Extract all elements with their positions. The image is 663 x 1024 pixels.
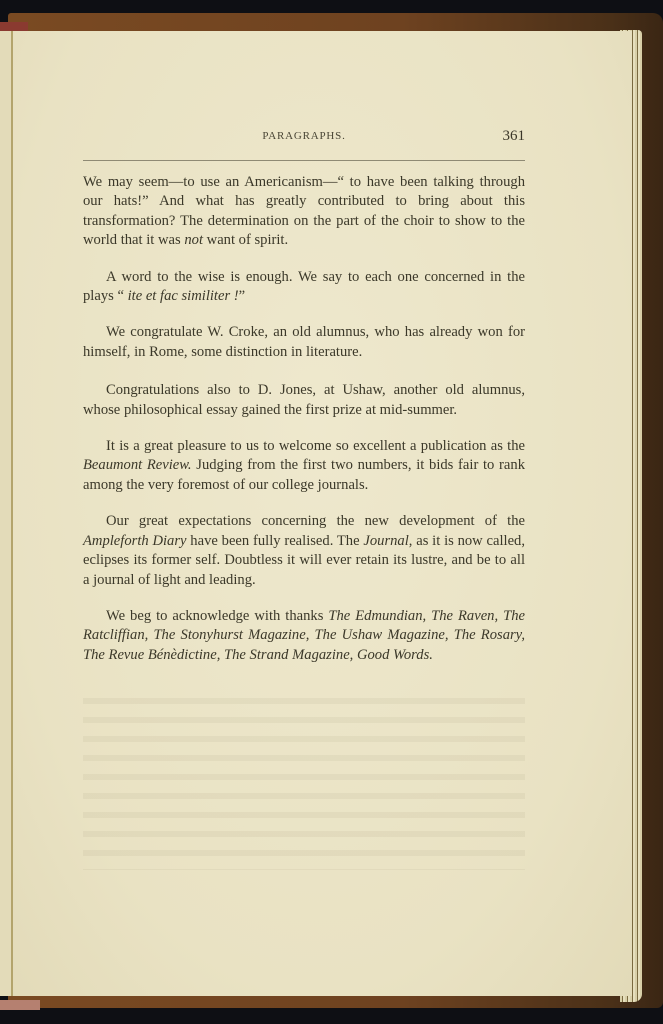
page-header: PARAGRAPHS. 361	[83, 130, 525, 150]
paragraph: A word to the wise is enough. We say to …	[83, 268, 525, 307]
header-rule	[83, 160, 525, 161]
running-head: PARAGRAPHS.	[83, 130, 525, 142]
reverse-page-show-through	[83, 690, 525, 870]
body-text: We may seem—to use an Americanism—“ to h…	[83, 173, 525, 681]
paragraph: We congratulate W. Croke, an old alumnus…	[83, 323, 525, 362]
paragraph: Our great expectations concerning the ne…	[83, 512, 525, 590]
paragraph: We may seem—to use an Americanism—“ to h…	[83, 173, 525, 251]
paragraph: We beg to acknowledge with thanks The Ed…	[83, 607, 525, 665]
page-number: 361	[503, 128, 526, 145]
spine-gutter	[11, 31, 13, 996]
paragraph: It is a great pleasure to us to welcome …	[83, 437, 525, 495]
cover-edge-bottom-left	[0, 1000, 40, 1010]
gutter-shade	[0, 31, 11, 996]
paragraph: Congratulations also to D. Jones, at Ush…	[83, 381, 525, 420]
